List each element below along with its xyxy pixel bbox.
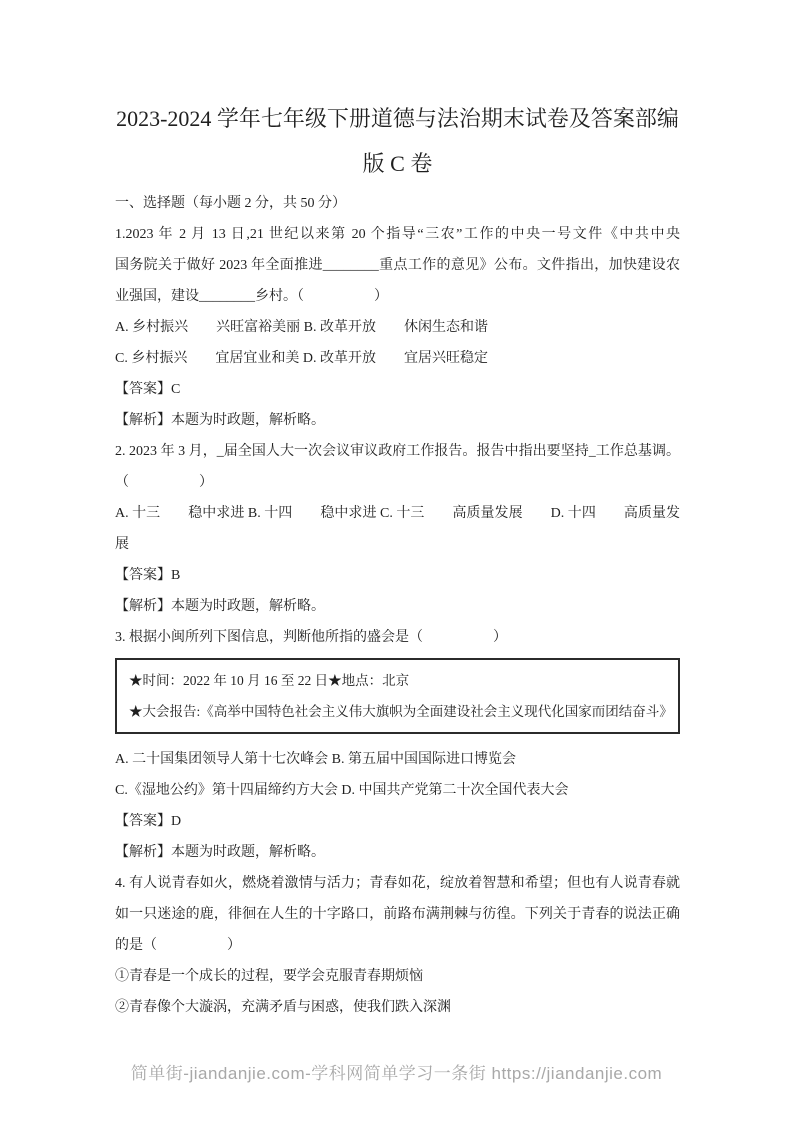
question-4-statement-1: ①青春是一个成长的过程，要学会克服青春期烦恼 <box>115 961 680 992</box>
document-title-line-1: 2023-2024 学年七年级下册道德与法治期末试卷及答案部编 <box>115 96 680 141</box>
document-title: 2023-2024 学年七年级下册道德与法治期末试卷及答案部编 版 C 卷 <box>115 96 680 186</box>
question-1-options-row-2: C. 乡村振兴 宜居宜业和美 D. 改革开放 宜居兴旺稳定 <box>115 343 680 374</box>
question-1-answer: 【答案】C <box>115 374 680 405</box>
question-3-analysis: 【解析】本题为时政题，解析略。 <box>115 837 680 868</box>
question-4-statement-2: ②青春像个大漩涡，充满矛盾与困惑，使我们跌入深渊 <box>115 992 680 1023</box>
site-footer-watermark: 简单街-jiandanjie.com-学科网简单学习一条街 https://ji… <box>0 1060 793 1088</box>
question-2-answer: 【答案】B <box>115 560 680 591</box>
question-3-stem: 3. 根据小闽所列下图信息，判断他所指的盛会是（ ） <box>115 622 680 653</box>
question-3-info-box: ★时间：2022 年 10 月 16 至 22 日★地点：北京 ★大会报告:《高… <box>115 658 680 734</box>
document-title-line-2: 版 C 卷 <box>115 141 680 186</box>
question-2-analysis: 【解析】本题为时政题，解析略。 <box>115 591 680 622</box>
info-box-line-report: ★大会报告:《高举中国特色社会主义伟大旗帜为全面建设社会主义现代化国家而团结奋斗… <box>129 696 666 727</box>
question-1-options-row-1: A. 乡村振兴 兴旺富裕美丽 B. 改革开放 休闲生态和谐 <box>115 312 680 343</box>
question-3-options-row-1: A. 二十国集团领导人第十七次峰会 B. 第五届中国国际进口博览会 <box>115 744 680 775</box>
question-3-answer: 【答案】D <box>115 806 680 837</box>
exam-document-page: 2023-2024 学年七年级下册道德与法治期末试卷及答案部编 版 C 卷 一、… <box>0 0 793 1122</box>
question-1-analysis: 【解析】本题为时政题，解析略。 <box>115 405 680 436</box>
question-4-stem: 4. 有人说青春如火，燃烧着激情与活力；青春如花，绽放着智慧和希望；但也有人说青… <box>115 868 680 961</box>
info-box-line-time-place: ★时间：2022 年 10 月 16 至 22 日★地点：北京 <box>129 665 666 696</box>
section-header: 一、选择题（每小题 2 分，共 50 分） <box>115 188 680 219</box>
question-2-stem: 2. 2023 年 3 月，_届全国人大一次会议审议政府工作报告。报告中指出要坚… <box>115 436 680 498</box>
question-3-options-row-2: C.《湿地公约》第十四届缔约方大会 D. 中国共产党第二十次全国代表大会 <box>115 775 680 806</box>
question-1-stem: 1.2023 年 2 月 13 日,21 世纪以来第 20 个指导“三农”工作的… <box>115 219 680 312</box>
question-2-options-row-1: A. 十三 稳中求进 B. 十四 稳中求进 C. 十三 高质量发展 D. 十四 … <box>115 498 680 560</box>
